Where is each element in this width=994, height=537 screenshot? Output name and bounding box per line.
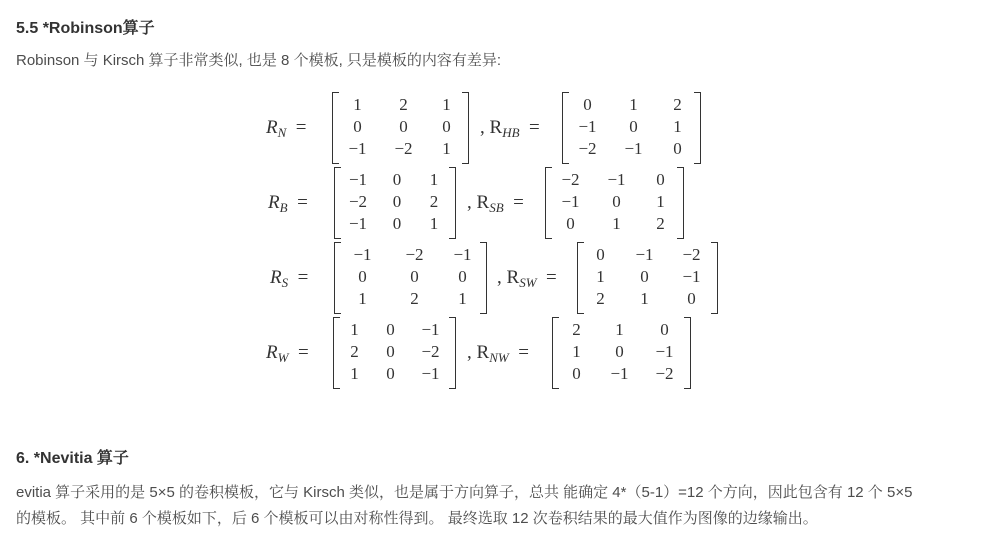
matrix-cell: −1: [408, 363, 454, 385]
matrix-cell: −2: [565, 138, 611, 160]
matrix-cell: 0: [555, 363, 599, 385]
right-bracket: [480, 242, 487, 314]
matrix-cell: 0: [379, 213, 415, 235]
matrix-cell: 1: [441, 288, 485, 310]
matrix-cell: 0: [580, 244, 622, 266]
matrix-cell: −2: [408, 341, 454, 363]
matrix-cell: 0: [668, 288, 716, 310]
matrix-cell: −2: [381, 138, 427, 160]
equation-row: RS =−1−2−1000121, RSW =0−1−210−1210: [0, 242, 994, 314]
right-bracket: [694, 92, 701, 164]
matrix-cell: 0: [337, 266, 389, 288]
left-label-s: RS =: [270, 242, 308, 314]
matrix-cell: −1: [641, 341, 689, 363]
matrix-cell: 0: [374, 341, 408, 363]
matrix-cell: 0: [611, 116, 657, 138]
matrix-cell: 1: [611, 94, 657, 116]
right-label-hb: , RHB =: [480, 92, 540, 164]
matrix-cell: 1: [580, 266, 622, 288]
right-bracket: [677, 167, 684, 239]
matrix-cell: 1: [622, 288, 668, 310]
matrix-cell: 0: [381, 116, 427, 138]
matrix-cell: −1: [441, 244, 485, 266]
left-label-b: RB =: [268, 167, 308, 239]
matrix-cell: 1: [640, 191, 682, 213]
matrix-b: −101−202−101: [334, 167, 456, 239]
matrix-sw: 0−1−210−1210: [577, 242, 718, 314]
matrix-cell: −2: [641, 363, 689, 385]
matrix-w: 10−120−210−1: [333, 317, 456, 389]
matrix-cell: 0: [379, 191, 415, 213]
matrix-cell: 0: [599, 341, 641, 363]
right-bracket: [449, 167, 456, 239]
matrix-cell: −1: [337, 244, 389, 266]
matrix-cell: 0: [374, 319, 408, 341]
matrix-cell: 2: [336, 341, 374, 363]
matrix-cell: −1: [548, 191, 594, 213]
robinson-intro-text: Robinson 与 Kirsch 算子非常类似, 也是 8 个模板, 只是模板…: [16, 49, 501, 70]
matrix-cell: 1: [427, 138, 467, 160]
matrix-cell: 1: [594, 213, 640, 235]
matrix-cell: 2: [415, 191, 453, 213]
matrix-cell: −1: [408, 319, 454, 341]
matrix-cell: 0: [594, 191, 640, 213]
matrix-cell: 0: [548, 213, 594, 235]
right-label-nw: , RNW =: [467, 317, 529, 389]
matrix-cell: 1: [336, 363, 374, 385]
matrix-cell: −1: [611, 138, 657, 160]
left-label-w: RW =: [266, 317, 309, 389]
equation-row: RB =−101−202−101, RSB =−2−10−101012: [0, 167, 994, 239]
matrix-cell: 2: [389, 288, 441, 310]
matrix-cell: 1: [599, 319, 641, 341]
equation-row: RN =121000−1−21, RHB =012−101−2−10: [0, 92, 994, 164]
matrix-cell: −1: [668, 266, 716, 288]
matrix-cell: 1: [657, 116, 699, 138]
matrix-nw: 21010−10−1−2: [552, 317, 691, 389]
section-heading-robinson: 5.5 *Robinson算子: [16, 15, 155, 38]
matrix-cell: −2: [548, 169, 594, 191]
matrix-cell: 0: [565, 94, 611, 116]
matrix-cell: −1: [337, 169, 379, 191]
matrix-cell: 2: [555, 319, 599, 341]
matrix-n: 121000−1−21: [332, 92, 469, 164]
right-bracket: [711, 242, 718, 314]
matrix-cell: −1: [594, 169, 640, 191]
matrix-cell: −2: [337, 191, 379, 213]
matrix-cell: 1: [415, 169, 453, 191]
matrix-cell: −1: [599, 363, 641, 385]
matrix-cell: 2: [381, 94, 427, 116]
right-label-sw: , RSW =: [497, 242, 557, 314]
right-label-sb: , RSB =: [467, 167, 524, 239]
matrix-cell: −1: [622, 244, 668, 266]
matrix-cell: 1: [335, 94, 381, 116]
matrix-cell: 1: [337, 288, 389, 310]
right-bracket: [684, 317, 691, 389]
nevitia-text-line-2: 的模板。 其中前 6 个模板如下，后 6 个模板可以由对称性得到。 最终选取 1…: [16, 507, 818, 528]
matrix-cell: 2: [640, 213, 682, 235]
right-bracket: [462, 92, 469, 164]
right-bracket: [449, 317, 456, 389]
matrix-cell: 2: [657, 94, 699, 116]
matrix-cell: 0: [441, 266, 485, 288]
matrix-cell: −2: [389, 244, 441, 266]
matrix-cell: 0: [374, 363, 408, 385]
matrix-cell: 0: [389, 266, 441, 288]
matrix-cell: 0: [657, 138, 699, 160]
matrix-cell: −2: [668, 244, 716, 266]
left-label-n: RN =: [266, 92, 307, 164]
matrix-cell: 1: [336, 319, 374, 341]
matrix-cell: 0: [427, 116, 467, 138]
matrix-cell: 0: [640, 169, 682, 191]
nevitia-text-line-1: evitia 算子采用的是 5×5 的卷积模板，它与 Kirsch 类似，也是属…: [16, 481, 912, 502]
matrix-cell: 0: [335, 116, 381, 138]
matrix-sb: −2−10−101012: [545, 167, 684, 239]
matrix-hb: 012−101−2−10: [562, 92, 701, 164]
matrix-cell: 0: [641, 319, 689, 341]
matrix-cell: −1: [337, 213, 379, 235]
matrix-cell: 0: [622, 266, 668, 288]
section-heading-nevitia: 6. *Nevitia 算子: [16, 445, 129, 468]
matrix-cell: 1: [427, 94, 467, 116]
equation-row: RW =10−120−210−1, RNW =21010−10−1−2: [0, 317, 994, 389]
matrix-cell: −1: [565, 116, 611, 138]
matrix-cell: 1: [555, 341, 599, 363]
matrix-cell: 1: [415, 213, 453, 235]
matrix-cell: 2: [580, 288, 622, 310]
matrix-cell: 0: [379, 169, 415, 191]
matrix-s: −1−2−1000121: [334, 242, 487, 314]
matrix-cell: −1: [335, 138, 381, 160]
